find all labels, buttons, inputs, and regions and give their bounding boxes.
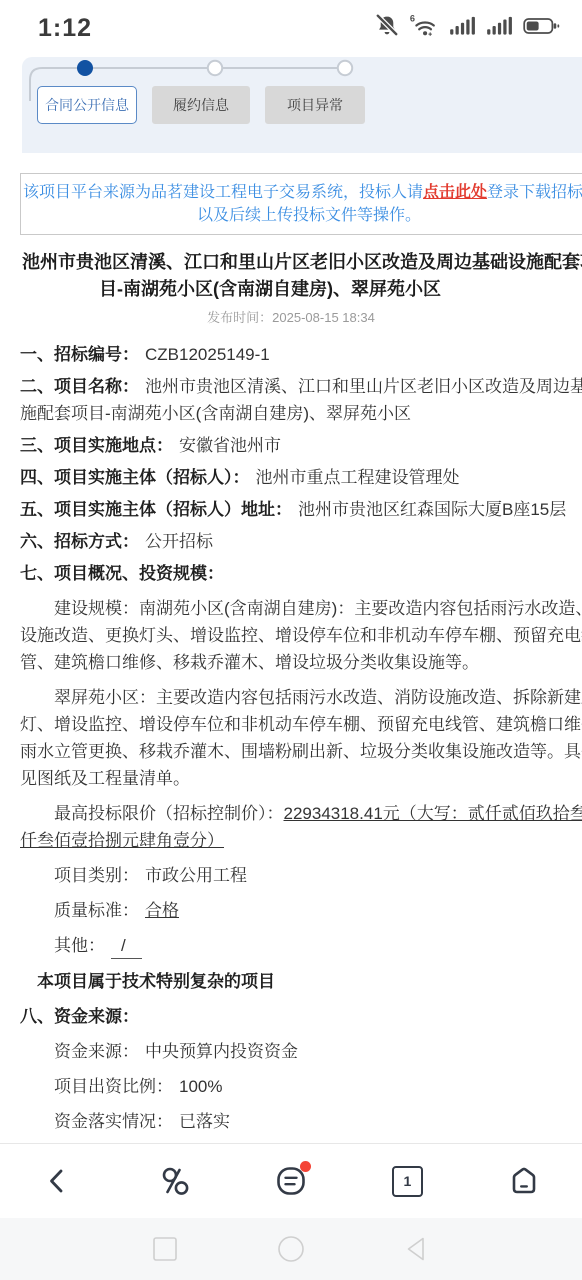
click-here-link[interactable]: 点击此处 bbox=[423, 184, 487, 201]
other-label: 其他： bbox=[54, 936, 105, 955]
item5-label: 五、项目实施主体（招标人）地址： bbox=[20, 500, 292, 519]
back-nav-button[interactable] bbox=[400, 1232, 434, 1266]
back-triangle-icon bbox=[402, 1234, 432, 1264]
quality-value: 合格 bbox=[145, 901, 179, 920]
notification-badge bbox=[300, 1161, 311, 1172]
doc-item-1: 一、招标编号：CZB12025149-1 bbox=[20, 342, 582, 367]
menu-button[interactable] bbox=[269, 1159, 313, 1203]
doc-item-3: 三、项目实施地点：安徽省池州市 bbox=[20, 433, 582, 458]
item7-label: 七、项目概况、投资规模： bbox=[20, 564, 224, 583]
complex-note-text: 本项目属于技术特别复杂的项目 bbox=[37, 972, 275, 991]
fund-status-label: 资金落实情况： bbox=[54, 1112, 173, 1131]
recents-square-icon bbox=[150, 1234, 180, 1264]
item3-value: 安徽省池州市 bbox=[179, 436, 281, 455]
platform-notice: 该项目平台来源为品茗建设工程电子交易系统，投标人请点击此处登录下载招标文件 以及… bbox=[20, 173, 582, 235]
publish-time: 发布时间：2025-08-15 18:34 bbox=[0, 309, 582, 327]
category-value: 市政公用工程 bbox=[145, 866, 247, 885]
recents-button[interactable] bbox=[148, 1232, 182, 1266]
page-title: 池州市贵池区清溪、江口和里山片区老旧小区改造及周边基础设施配套项 目-南湖苑小区… bbox=[0, 249, 582, 303]
cell-signal-icon-2 bbox=[485, 13, 513, 44]
svg-text:6: 6 bbox=[410, 14, 415, 24]
scale-para1-line3: 管、建筑檐口维修、移栽乔灌木、增设垃圾分类收集设施等。 bbox=[20, 650, 582, 675]
category-label: 项目类别： bbox=[54, 866, 139, 885]
document-body: 一、招标编号：CZB12025149-1 二、项目名称：池州市贵池区清溪、江口和… bbox=[0, 342, 582, 1204]
tab-contract-public-info[interactable]: 合同公开信息 bbox=[37, 86, 137, 124]
back-button[interactable] bbox=[36, 1159, 80, 1203]
price-value-line1: 22934318.41元（大写：贰仟贰佰玖拾叁万肆 bbox=[284, 804, 582, 823]
price-limit-line1: 最高投标限价（招标控制价）：22934318.41元（大写：贰仟贰佰玖拾叁万肆 bbox=[20, 801, 582, 826]
home-nav-button[interactable] bbox=[274, 1232, 308, 1266]
publish-label: 发布时间： bbox=[207, 310, 272, 325]
item6-value: 公开招标 bbox=[145, 532, 213, 551]
scale-para1-line2: 设施改造、更换灯头、增设监控、增设停车位和非机动车停车棚、预留充电线 bbox=[20, 623, 582, 648]
doc-item-4: 四、项目实施主体（招标人）：池州市重点工程建设管理处 bbox=[20, 465, 582, 490]
fund-source: 资金来源：中央预算内投资资金 bbox=[20, 1039, 582, 1064]
price-limit-line2: 仟叁佰壹拾捌元肆角壹分） bbox=[20, 828, 582, 853]
fund-status: 资金落实情况：已落实 bbox=[20, 1109, 582, 1134]
tab-performance-info[interactable]: 履约信息 bbox=[152, 86, 250, 124]
price-value-line2: 仟叁佰壹拾捌元肆角壹分） bbox=[20, 831, 224, 850]
page-title-line2: 目-南湖苑小区(含南湖自建房)、翠屏苑小区 bbox=[0, 276, 540, 303]
notice-text-pre: 该项目平台来源为品茗建设工程电子交易系统，投标人请 bbox=[23, 184, 423, 201]
tab-count-icon: 1 bbox=[392, 1166, 423, 1197]
doc-item-7: 七、项目概况、投资规模： bbox=[20, 561, 582, 586]
tabs-button[interactable]: 1 bbox=[385, 1159, 429, 1203]
battery-icon bbox=[522, 13, 560, 44]
other-field: 其他：/ bbox=[20, 933, 582, 959]
status-icons: 6 bbox=[374, 13, 560, 44]
step-dot-active bbox=[77, 60, 93, 76]
apps-button[interactable] bbox=[153, 1159, 197, 1203]
doc-item-5: 五、项目实施主体（招标人）地址：池州市贵池区红森国际大厦B座15层 bbox=[20, 497, 582, 522]
other-value: / bbox=[111, 933, 142, 959]
item2-value-line1: 池州市贵池区清溪、江口和里山片区老旧小区改造及周边基础设 bbox=[145, 377, 582, 396]
tab-bar: 合同公开信息 履约信息 项目异常 bbox=[37, 86, 365, 124]
browser-toolbar: 1 bbox=[0, 1143, 582, 1218]
home-button[interactable] bbox=[502, 1159, 546, 1203]
cell-signal-icon-1 bbox=[448, 13, 476, 44]
scale-para2-line3: 雨水立管更换、移栽乔灌木、围墙粉刷出新、垃圾分类收集设施改造等。具体详 bbox=[20, 739, 582, 764]
scale-para2-line4: 见图纸及工程量清单。 bbox=[20, 766, 582, 791]
item3-label: 三、项目实施地点： bbox=[20, 436, 173, 455]
item8-label: 八、资金来源： bbox=[20, 1007, 139, 1026]
android-nav-bar bbox=[0, 1218, 582, 1280]
project-category: 项目类别：市政公用工程 bbox=[20, 863, 582, 888]
fund-source-value: 中央预算内投资资金 bbox=[145, 1042, 298, 1061]
page-title-line1: 池州市贵池区清溪、江口和里山片区老旧小区改造及周边基础设施配套项 bbox=[0, 249, 582, 276]
doc-item-2-line2: 施配套项目-南湖苑小区(含南湖自建房)、翠屏苑小区 bbox=[20, 401, 582, 426]
scale-para1-line1: 建设规模：南湖苑小区(含南湖自建房)：主要改造内容包括雨污水改造、消防 bbox=[20, 596, 582, 621]
complex-note: 本项目属于技术特别复杂的项目 bbox=[20, 969, 582, 994]
step-dot-pending bbox=[338, 61, 352, 75]
status-time: 1:12 bbox=[38, 14, 92, 43]
scale-para2-line2: 灯、增设监控、增设停车位和非机动车停车棚、预留充电线管、建筑檐口维修、 bbox=[20, 712, 582, 737]
quality-standard: 质量标准：合格 bbox=[20, 898, 582, 923]
item4-label: 四、项目实施主体（招标人）： bbox=[20, 468, 250, 487]
apps-icon bbox=[158, 1164, 192, 1198]
quality-label: 质量标准： bbox=[54, 901, 139, 920]
back-icon bbox=[41, 1164, 75, 1198]
price-label: 最高投标限价（招标控制价）： bbox=[54, 804, 284, 823]
phone-screen: 1:12 6 bbox=[0, 0, 582, 1280]
fund-ratio: 项目出资比例：100% bbox=[20, 1074, 582, 1099]
steps-panel: 合同公开信息 履约信息 项目异常 bbox=[22, 57, 582, 153]
notice-line2: 以及后续上传投标文件等操作。 bbox=[23, 204, 582, 227]
item5-value: 池州市贵池区红森国际大厦B座15层 bbox=[298, 500, 566, 519]
item1-label: 一、招标编号： bbox=[20, 345, 139, 364]
tab-project-abnormal[interactable]: 项目异常 bbox=[265, 86, 365, 124]
home-circle-icon bbox=[276, 1234, 306, 1264]
notice-text-post: 登录下载招标文件 bbox=[487, 184, 582, 201]
fund-ratio-label: 项目出资比例： bbox=[54, 1077, 173, 1096]
item6-label: 六、招标方式： bbox=[20, 532, 139, 551]
doc-item-2-line1: 二、项目名称：池州市贵池区清溪、江口和里山片区老旧小区改造及周边基础设 bbox=[20, 374, 582, 399]
notifications-off-icon bbox=[374, 13, 400, 44]
scale-para2-line1: 翠屏苑小区：主要改造内容包括雨污水改造、消防设施改造、拆除新建路 bbox=[20, 685, 582, 710]
wifi-6-icon: 6 bbox=[409, 13, 439, 44]
item2-label: 二、项目名称： bbox=[20, 377, 139, 396]
item4-value: 池州市重点工程建设管理处 bbox=[256, 468, 460, 487]
doc-item-6: 六、招标方式：公开招标 bbox=[20, 529, 582, 554]
step-dot-pending bbox=[208, 61, 222, 75]
status-bar: 1:12 6 bbox=[0, 0, 582, 57]
fund-status-value: 已落实 bbox=[179, 1112, 230, 1131]
fund-ratio-value: 100% bbox=[179, 1077, 222, 1096]
publish-value: 2025-08-15 18:34 bbox=[272, 310, 375, 325]
item1-value: CZB12025149-1 bbox=[145, 345, 270, 364]
doc-item-8: 八、资金来源： bbox=[20, 1004, 582, 1029]
notice-line1: 该项目平台来源为品茗建设工程电子交易系统，投标人请点击此处登录下载招标文件 bbox=[23, 181, 582, 204]
fund-source-label: 资金来源： bbox=[54, 1042, 139, 1061]
home-icon bbox=[507, 1164, 541, 1198]
